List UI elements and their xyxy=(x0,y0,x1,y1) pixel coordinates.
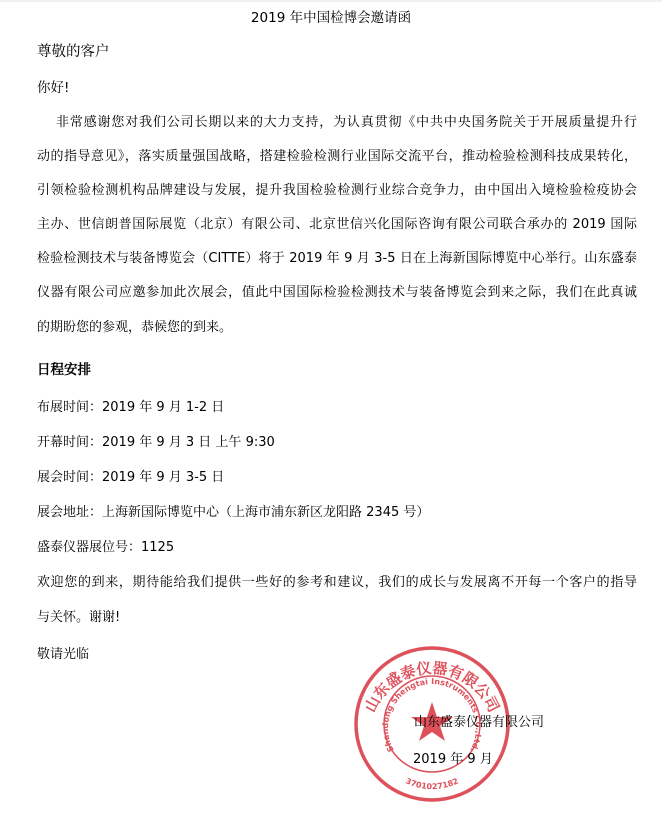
paragraph-line: 的期盼您的参观，恭候您的到来。 xyxy=(37,318,637,338)
schedule-item-opening: 开幕时间：2019 年 9 月 3 日 上午 9:30 xyxy=(37,433,275,453)
paragraph-line: 引领检验检测机构品牌建设与发展，提升我国检验检测行业综合竞争力，由中国出入境检验… xyxy=(37,181,637,201)
schedule-value: 2019 年 9 月 3 日 上午 9:30 xyxy=(102,435,275,450)
svg-text:3701027182: 3701027182 xyxy=(404,776,460,791)
paragraph-line: 非常感谢您对我们公司长期以来的大力支持，为认真贯彻《中共中央国务院关于开展质量提… xyxy=(56,113,637,133)
top-border xyxy=(0,0,662,2)
schedule-heading: 日程安排 xyxy=(37,360,91,380)
schedule-value: 2019 年 9 月 1-2 日 xyxy=(102,400,224,415)
schedule-label: 盛泰仪器展位号： xyxy=(37,540,141,555)
schedule-item-booth: 盛泰仪器展位号：1125 xyxy=(37,538,174,558)
schedule-item-exhibition: 展会时间：2019 年 9 月 3-5 日 xyxy=(37,468,224,488)
paragraph-line: 与关怀。谢谢! xyxy=(37,608,120,628)
schedule-item-address: 展会地址：上海新国际博览中心（上海市浦东新区龙阳路 2345 号） xyxy=(37,503,429,523)
greeting: 你好! xyxy=(37,78,69,98)
paragraph-line: 动的指导意见》，落实质量强国战略，搭建检验检测行业国际交流平台，推动检验检测科技… xyxy=(37,147,637,167)
signature-date: 2019 年 9 月 xyxy=(413,750,493,770)
schedule-value: 2019 年 9 月 3-5 日 xyxy=(102,470,224,485)
schedule-label: 展会地址： xyxy=(37,505,102,520)
paragraph-line: 仪器有限公司应邀参加此次展会，值此中国国际检验检测技术与装备博览会到来之际，我们… xyxy=(37,283,637,303)
paragraph-line: 检验检测技术与装备博览会（CITTE）将于 2019 年 9 月 3-5 日在上… xyxy=(37,249,637,269)
paragraph-line: 主办、世信朗普国际展览（北京）有限公司、北京世信兴化国际咨询有限公司联合承办的 … xyxy=(37,215,637,235)
schedule-value: 1125 xyxy=(141,540,174,555)
schedule-value: 上海新国际博览中心（上海市浦东新区龙阳路 2345 号） xyxy=(102,505,429,520)
salutation: 尊敬的客户 xyxy=(37,42,110,62)
schedule-label: 展会时间： xyxy=(37,470,102,485)
sign-off: 敬请光临 xyxy=(37,645,89,665)
document-title: 2019 年中国检博会邀请函 xyxy=(0,8,662,28)
schedule-label: 开幕时间： xyxy=(37,435,102,450)
schedule-item-setup: 布展时间：2019 年 9 月 1-2 日 xyxy=(37,398,224,418)
schedule-label: 布展时间： xyxy=(37,400,102,415)
paragraph-line: 欢迎您的到来，期待能给我们提供一些好的参考和建议，我们的成长与发展离不开每一个客… xyxy=(37,573,637,593)
signature-company: 山东盛泰仪器有限公司 xyxy=(414,713,544,733)
